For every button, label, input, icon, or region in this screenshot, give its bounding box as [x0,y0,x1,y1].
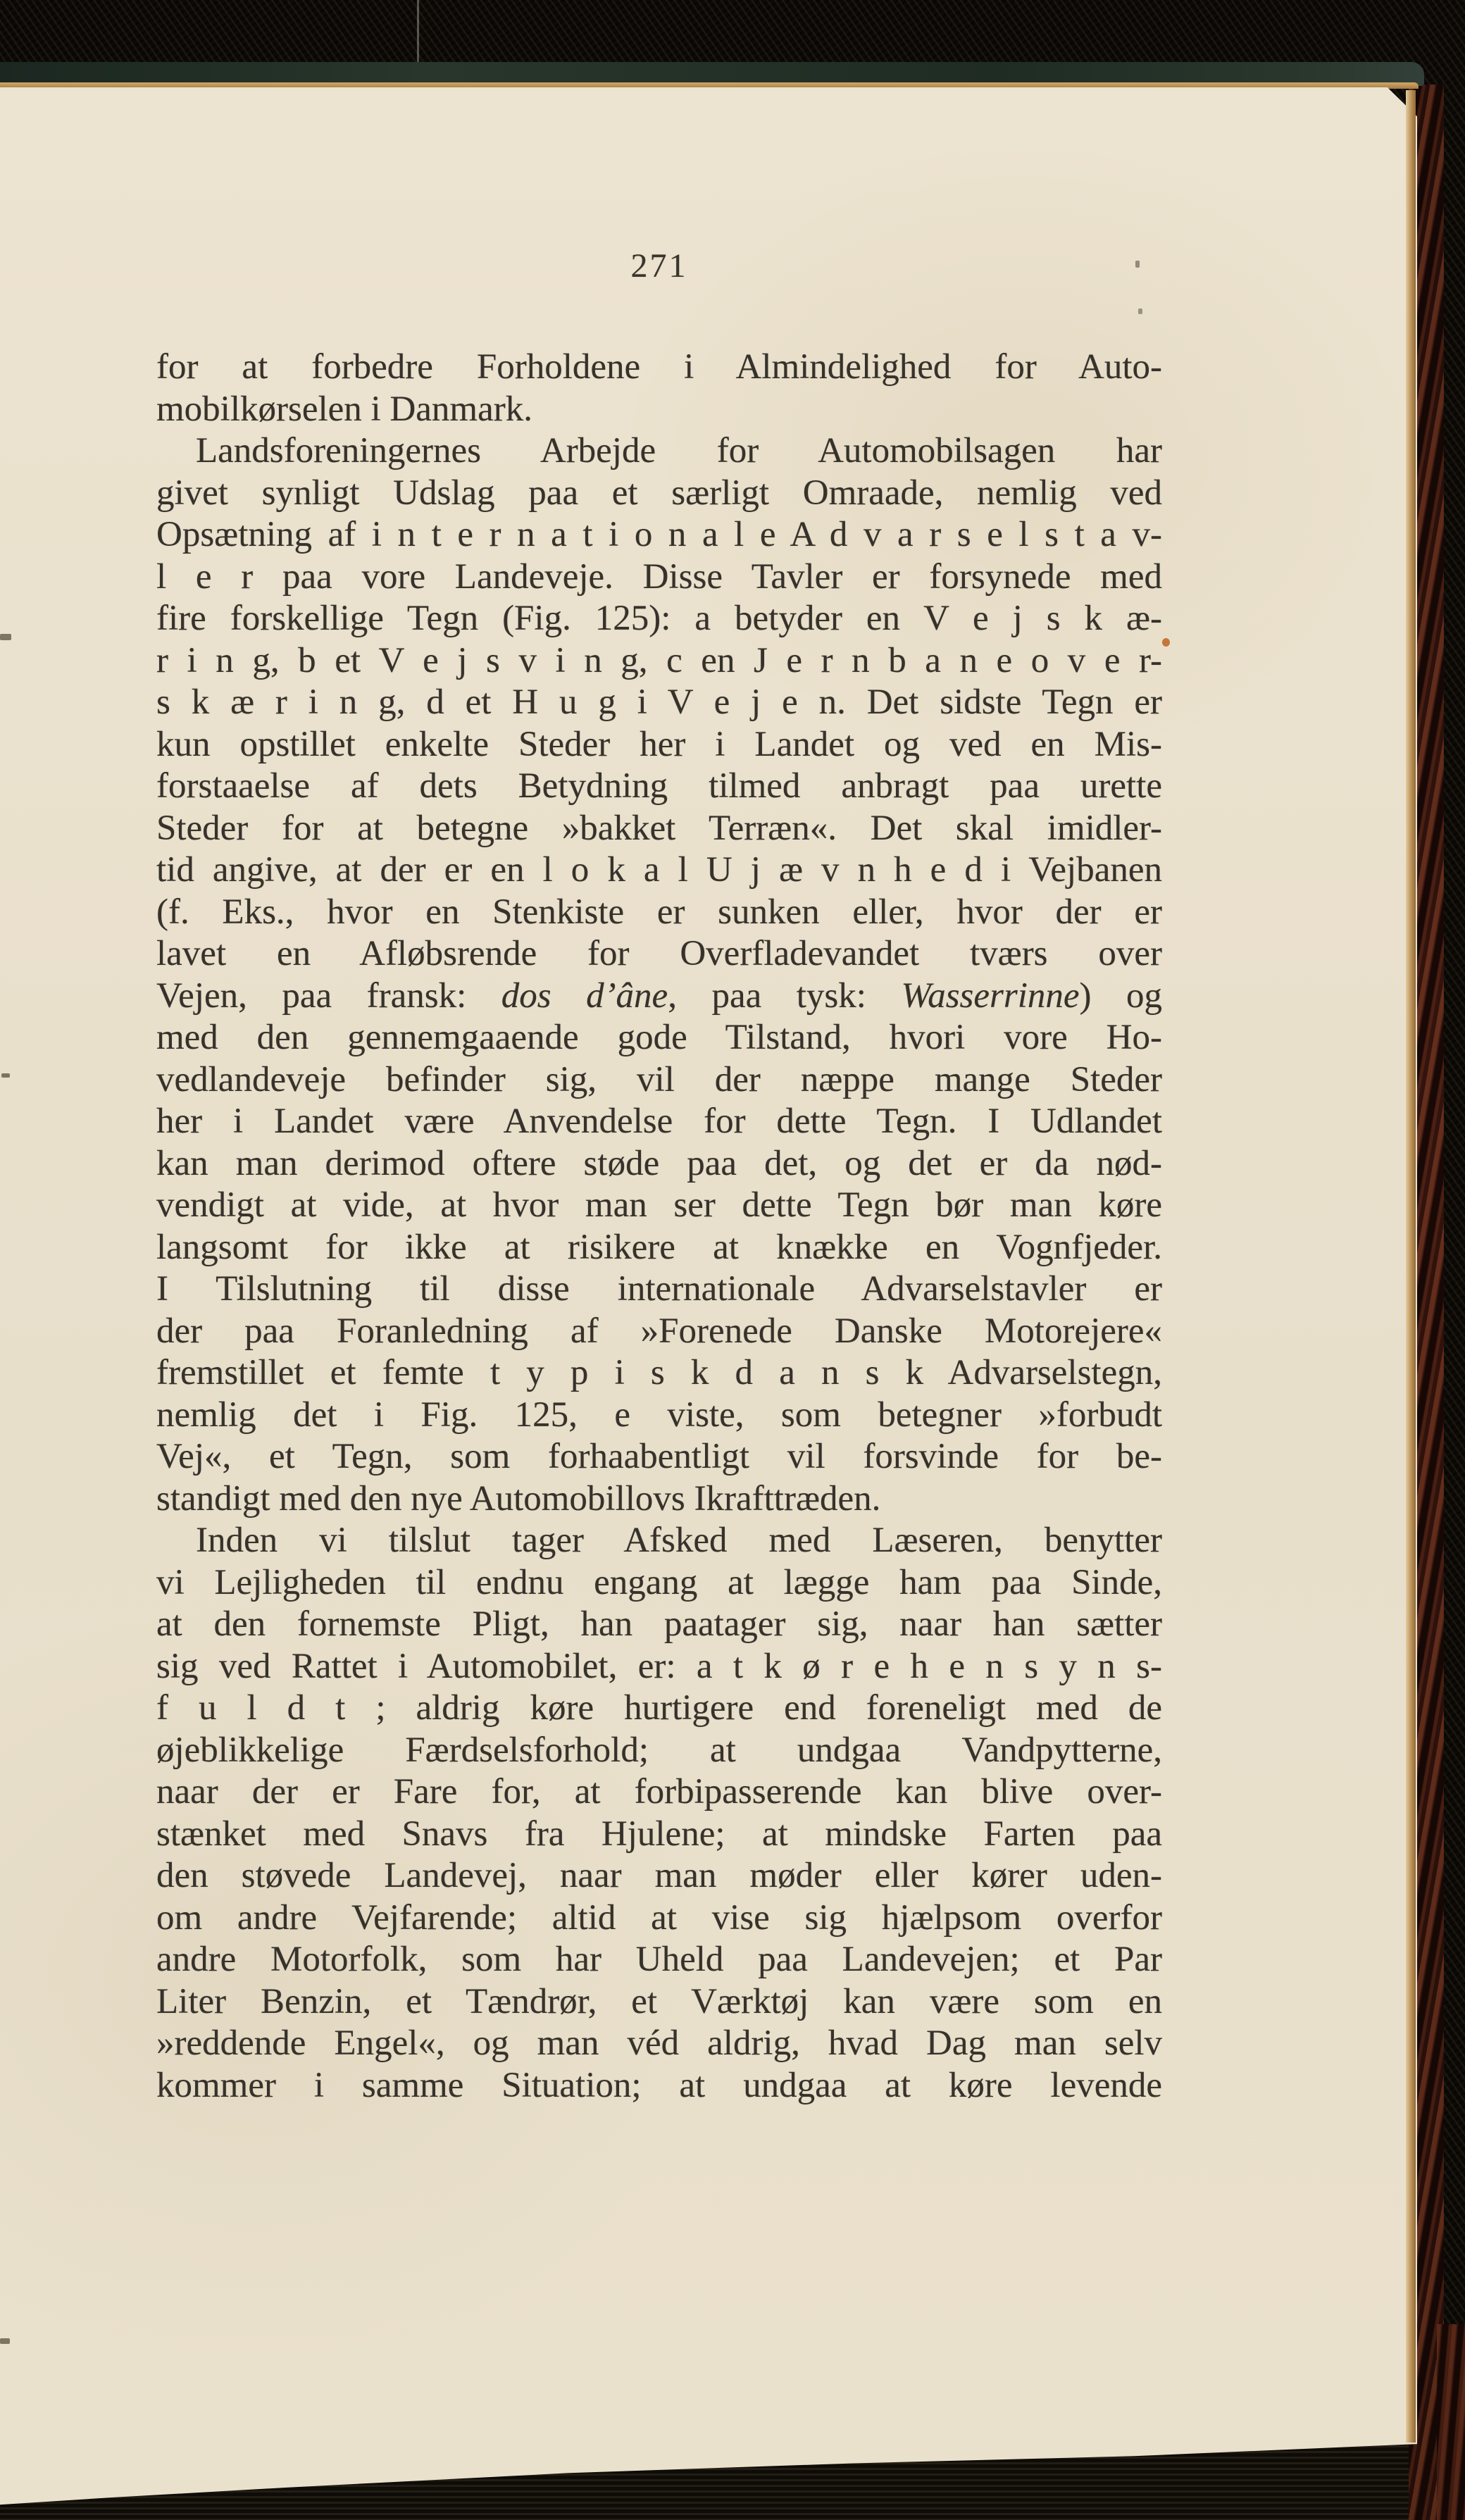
text-line: »reddende Engel«, og man véd aldrig, hva… [156,2023,1162,2065]
binding-marble-corner [1437,2324,1465,2520]
text-line: l e r paa vore Landeveje. Disse Tavler e… [156,556,1162,599]
text-line: standigt med den nye Automobillovs Ikraf… [156,1478,1162,1521]
text-line: givet synligt Udslag paa et særligt Omra… [156,473,1162,515]
text-line: tid angive, at der er en l o k a l U j æ… [156,849,1162,892]
text-line: for at forbedre Forholdene i Almindeligh… [156,347,1162,389]
scan-speck-red [1162,638,1170,647]
text-line: fire forskellige Tegn (Fig. 125): a bety… [156,598,1162,640]
text-line: her i Landet være Anvendelse for dette T… [156,1101,1162,1143]
text-line: s k æ r i n g, d et H u g i V e j e n. D… [156,682,1162,724]
text-line: øjeblikkelige Færdselsforhold; at undgaa… [156,1730,1162,1772]
text-line: Vejen, paa fransk: dos d’âne, paa tysk: … [156,975,1162,1018]
text-line: Landsforeningernes Arbejde for Automobil… [156,430,1162,473]
text-line: f u l d t ; aldrig køre hurtigere end fo… [156,1688,1162,1730]
text-line: om andre Vejfarende; altid at vise sig h… [156,1897,1162,1940]
page-number: 271 [156,247,1162,289]
text-line: sig ved Rattet i Automobilet, er: a t k … [156,1646,1162,1688]
text-line: vedlandeveje befinder sig, vil der næppe… [156,1059,1162,1102]
text-line: med den gennemgaaende gode Tilstand, hvo… [156,1017,1162,1059]
text-line: Opsætning af i n t e r n a t i o n a l e… [156,514,1162,556]
text-line: mobilkørselen i Danmark. [156,389,1162,431]
text-line: lavet en Afløbsrende for Overfladevandet… [156,933,1162,975]
text-line: Steder for at betegne »bakket Terræn«. D… [156,808,1162,850]
scan-scratch [417,0,419,68]
text-line: naar der er Fare for, at forbipasserende… [156,1771,1162,1814]
text-line: stænket med Snavs fra Hjulene; at mindsk… [156,1814,1162,1856]
text-line: I Tilslutning til disse internationale A… [156,1268,1162,1311]
text-line: kan man derimod oftere støde paa det, og… [156,1143,1162,1185]
text-line: der paa Foranledning af »Forenede Danske… [156,1311,1162,1353]
text-line: fremstillet et femte t y p i s k d a n s… [156,1352,1162,1395]
text-line: andre Motorfolk, som har Uheld paa Lande… [156,1939,1162,1981]
scan-background: 271 for at forbedre Forholdene i Alminde… [0,0,1465,2520]
text-block: for at forbedre Forholdene i Almindeligh… [156,347,1162,2107]
left-edge-mark [0,2338,10,2344]
text-line: at den fornemste Pligt, han paatager sig… [156,1604,1162,1646]
scan-speck-mark [1138,308,1142,314]
left-edge-mark [0,634,11,640]
text-line: forstaaelse af dets Betydning tilmed anb… [156,766,1162,808]
text-line: (f. Eks., hvor en Stenkiste er sunken el… [156,892,1162,934]
text-line: Vej«, et Tegn, som forhaabentligt vil fo… [156,1436,1162,1478]
text-line: nemlig det i Fig. 125, e viste, som bete… [156,1395,1162,1437]
text-line: kommer i samme Situation; at undgaa at k… [156,2065,1162,2107]
text-line: kun opstillet enkelte Steder her i Lande… [156,724,1162,766]
text-line: langsomt for ikke at risikere at knække … [156,1227,1162,1269]
scan-speck-mark [1135,261,1140,268]
text-line: r i n g, b et V e j s v i n g, c en J e … [156,640,1162,682]
text-line: vendigt at vide, at hvor man ser dette T… [156,1185,1162,1227]
text-line: Inden vi tilslut tager Afsked med Læsere… [156,1520,1162,1562]
text-line: den støvede Landevej, naar man møder ell… [156,1855,1162,1897]
left-edge-mark [1,1073,10,1078]
text-line: Liter Benzin, et Tændrør, et Værktøj kan… [156,1981,1162,2023]
text-line: vi Lejligheden til endnu engang at lægge… [156,1562,1162,1604]
page-edge-right-line [1406,90,1416,2443]
